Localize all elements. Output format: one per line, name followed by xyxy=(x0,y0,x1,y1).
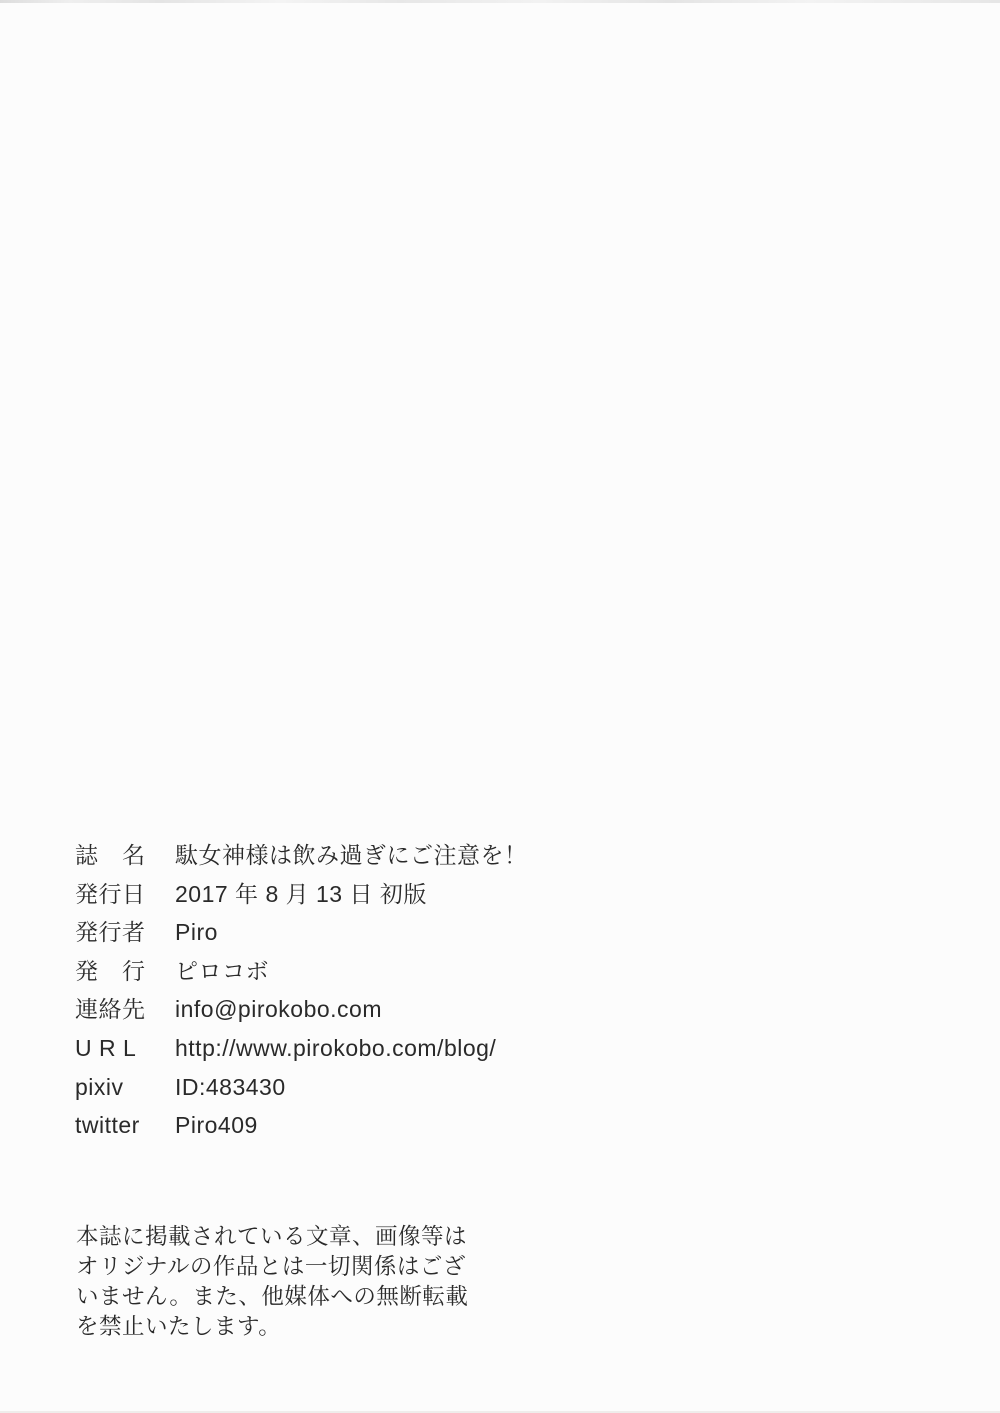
disclaimer-line: いません。また、他媒体への無断転載 xyxy=(76,1282,468,1312)
colophon-value-title: 駄女神様は飲み過ぎにご注意を！ xyxy=(175,836,528,875)
disclaimer-line: 本誌に掲載されている文章、画像等は xyxy=(76,1222,468,1252)
colophon-value-publish-date: 2017 年 8 月 13 日 初版 xyxy=(175,875,427,914)
colophon-value-twitter-handle: Piro409 xyxy=(175,1106,258,1145)
colophon-row-url: U R L http://www.pirokobo.com/blog/ xyxy=(75,1029,528,1068)
disclaimer-line: オリジナルの作品とは一切関係はござ xyxy=(76,1252,468,1282)
colophon-value-contact-email: info@pirokobo.com xyxy=(175,990,382,1029)
colophon-row-publisher-person: 発行者 Piro xyxy=(75,913,528,952)
disclaimer-line: を禁止いたします。 xyxy=(76,1312,468,1342)
colophon-label-title: 誌 名 xyxy=(75,836,175,875)
colophon-label-url: U R L xyxy=(75,1029,175,1068)
colophon-row-title: 誌 名 駄女神様は飲み過ぎにご注意を！ xyxy=(75,836,528,875)
colophon-label-publish-date: 発行日 xyxy=(75,875,175,914)
colophon-value-url: http://www.pirokobo.com/blog/ xyxy=(175,1029,496,1068)
colophon-label-publisher-circle: 発 行 xyxy=(75,952,175,991)
colophon-row-contact: 連絡先 info@pirokobo.com xyxy=(75,990,528,1029)
colophon-value-publisher-circle: ピロコボ xyxy=(175,952,269,991)
colophon-label-publisher-person: 発行者 xyxy=(75,913,175,952)
disclaimer-text: 本誌に掲載されている文章、画像等は オリジナルの作品とは一切関係はござ いません… xyxy=(76,1222,468,1342)
colophon-row-publisher-circle: 発 行 ピロコボ xyxy=(75,952,528,991)
colophon-page: { "page": { "background_color": "#fcfcfc… xyxy=(0,0,1000,1413)
colophon-label-twitter: twitter xyxy=(75,1106,175,1145)
colophon-row-twitter: twitter Piro409 xyxy=(75,1106,528,1145)
colophon-row-pixiv: pixiv ID:483430 xyxy=(75,1068,528,1107)
colophon-table: 誌 名 駄女神様は飲み過ぎにご注意を！ 発行日 2017 年 8 月 13 日 … xyxy=(75,836,528,1145)
colophon-label-pixiv: pixiv xyxy=(75,1068,175,1107)
colophon-value-publisher-person: Piro xyxy=(175,913,218,952)
colophon-row-publish-date: 発行日 2017 年 8 月 13 日 初版 xyxy=(75,875,528,914)
scan-artifact-top-edge xyxy=(0,0,1000,3)
colophon-label-contact: 連絡先 xyxy=(75,990,175,1029)
colophon-value-pixiv-id: ID:483430 xyxy=(175,1068,286,1107)
